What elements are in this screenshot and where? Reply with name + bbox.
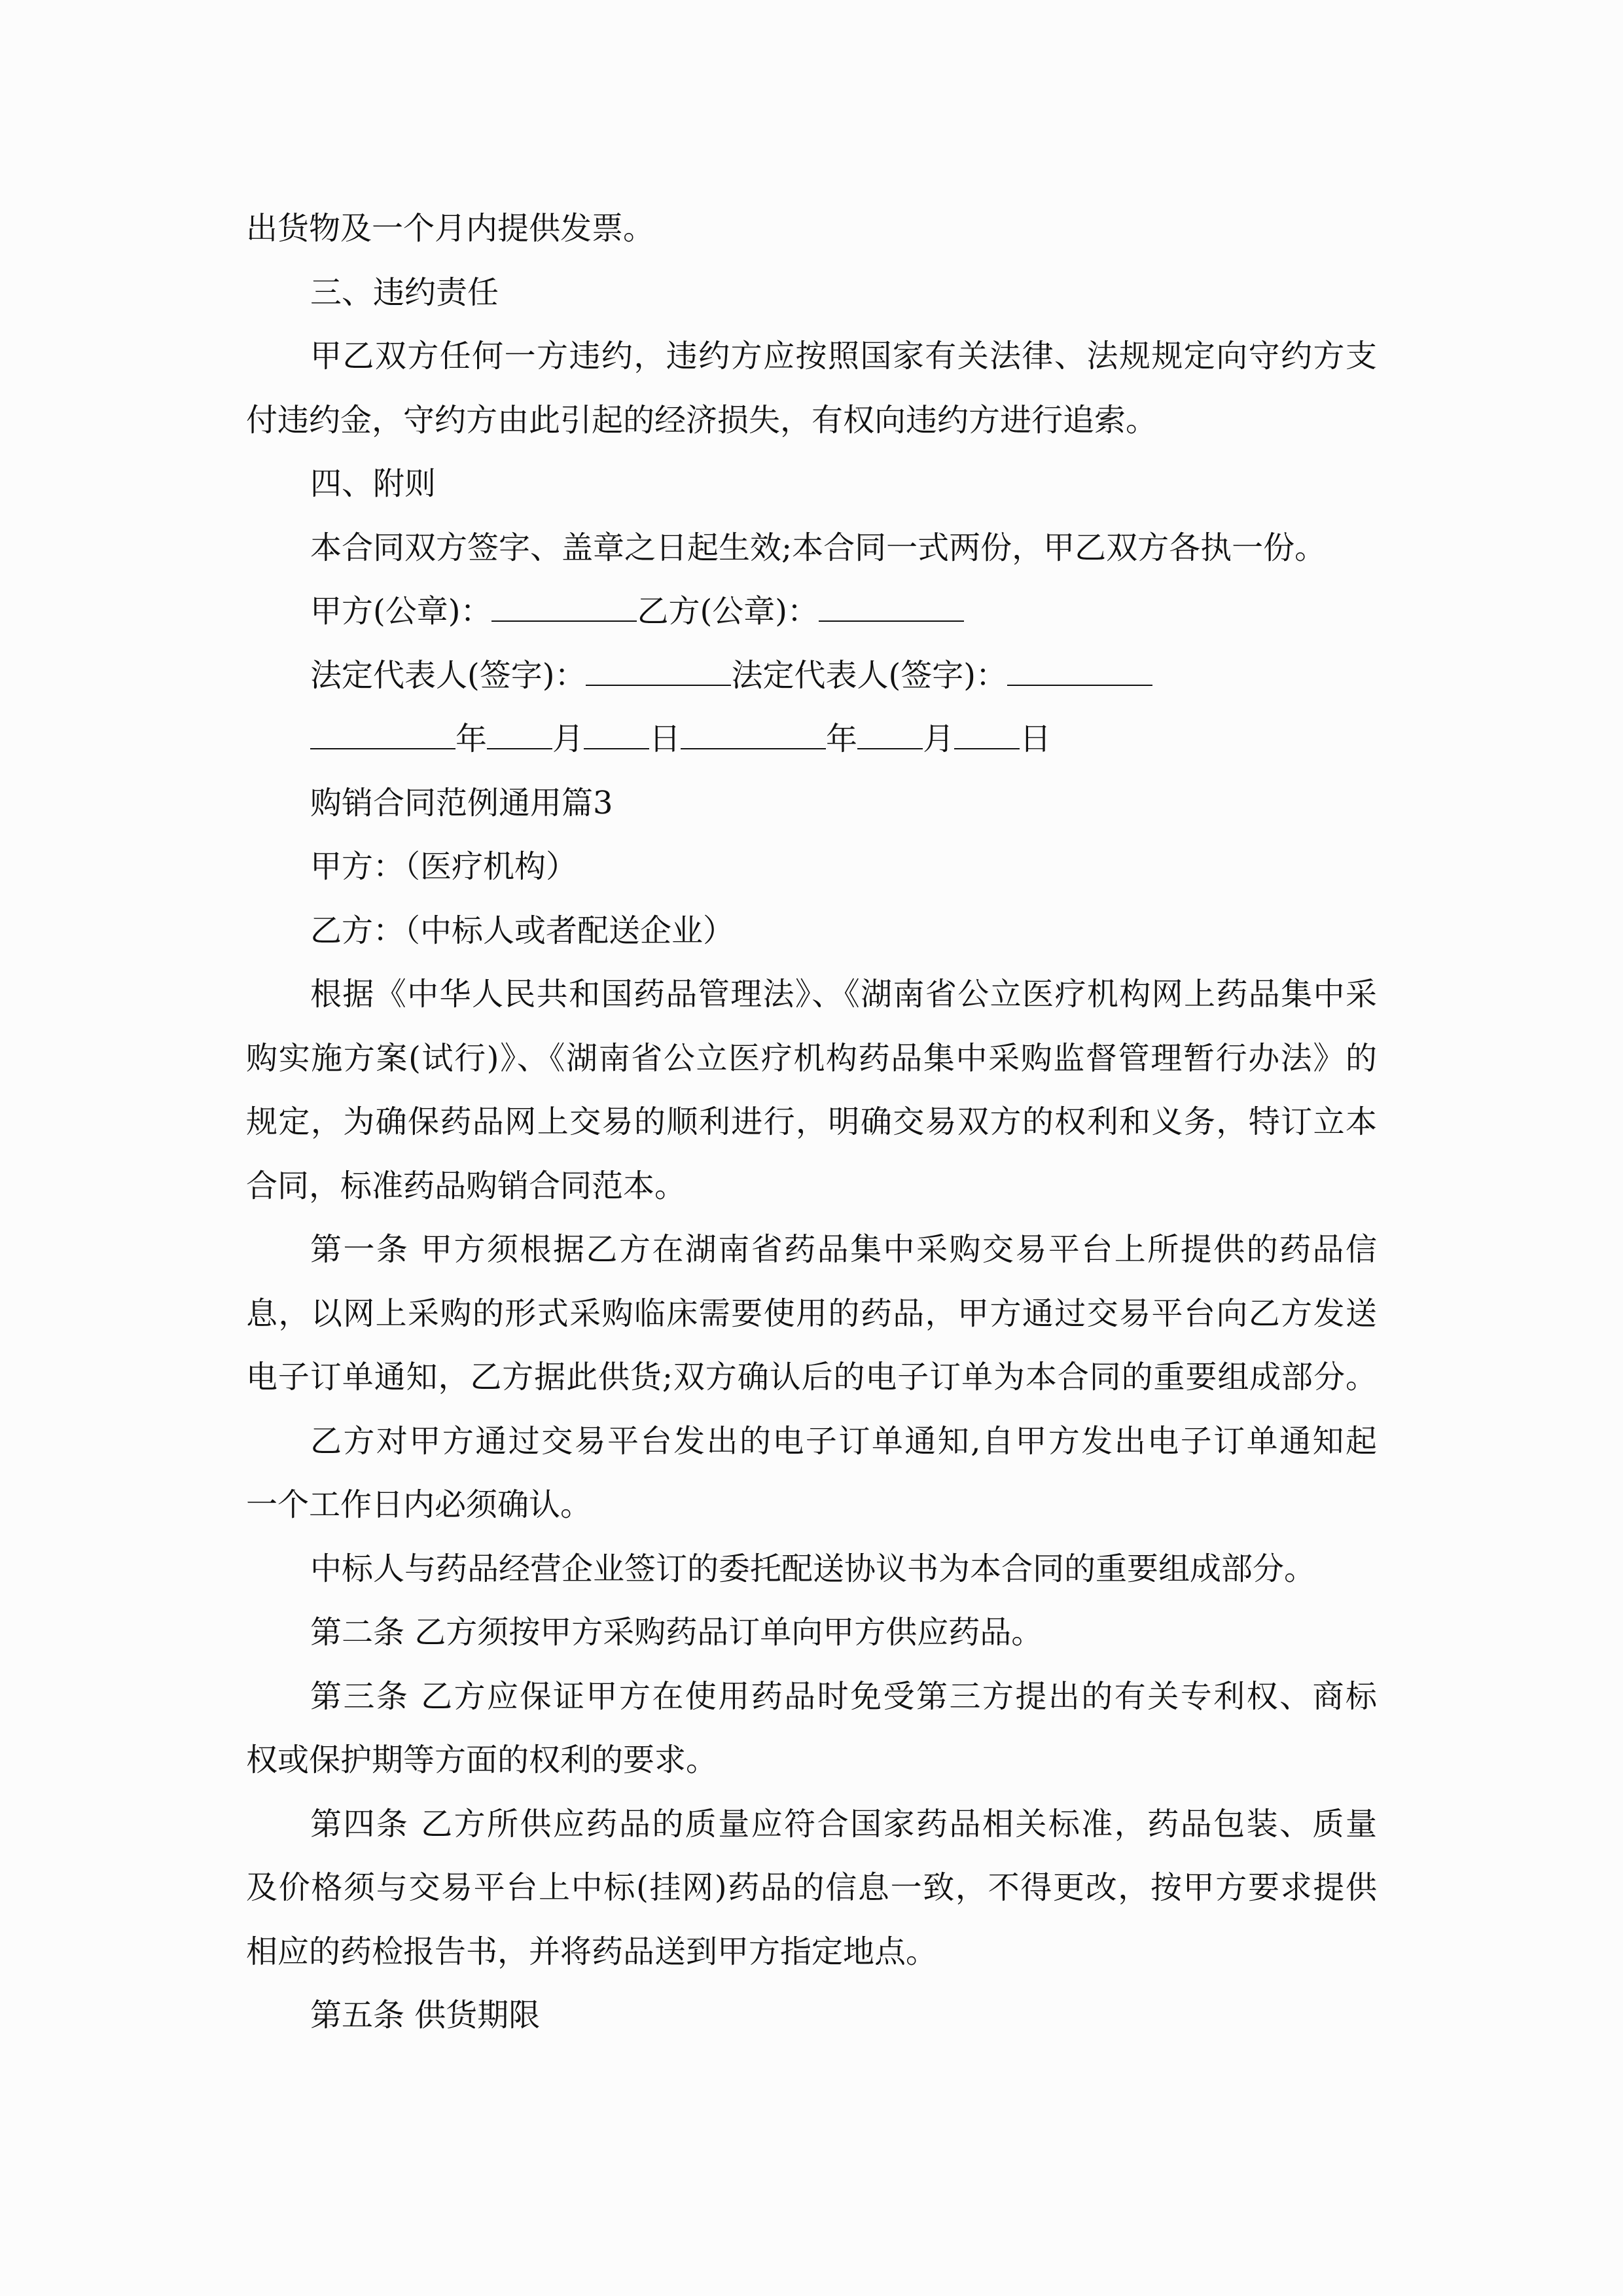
basis-paragraph-line: 合同，标准药品购销合同范本。 bbox=[246, 1155, 1377, 1219]
party-b-seal-label: 乙方(公章)： bbox=[637, 593, 818, 630]
representative-signature-row: 法定代表人(签字)：法定代表人(签字)： bbox=[246, 644, 1377, 708]
party-a-month-blank bbox=[487, 710, 552, 749]
year-label: 年 bbox=[826, 721, 857, 757]
article-2: 第二条 乙方须按甲方采购药品订单向甲方供应药品。 bbox=[246, 1601, 1377, 1665]
article-4-line: 相应的药检报告书，并将药品送到甲方指定地点。 bbox=[246, 1920, 1377, 1984]
article-1-line: 电子订单通知，乙方据此供货;双方确认后的电子订单为本合同的重要组成部分。 bbox=[246, 1346, 1377, 1410]
document-page: 出货物及一个月内提供发票。 三、违约责任 甲乙双方任何一方违约，违约方应按照国家… bbox=[0, 0, 1623, 2296]
month-label: 月 bbox=[923, 721, 954, 757]
section-heading-breach: 三、违约责任 bbox=[246, 261, 1377, 325]
basis-paragraph-line: 根据《中华人民共和国药品管理法》、《湖南省公立医疗机构网上药品集中采 bbox=[246, 963, 1377, 1027]
effect-clause: 本合同双方签字、盖章之日起生效;本合同一式两份，甲乙双方各执一份。 bbox=[246, 516, 1377, 581]
article-1-line: 息，以网上采购的形式采购临床需要使用的药品，甲方通过交易平台向乙方发送 bbox=[246, 1282, 1377, 1346]
party-a-year-blank bbox=[310, 710, 455, 749]
article-4-line: 及价格须与交易平台上中标(挂网)药品的信息一致，不得更改，按甲方要求提供 bbox=[246, 1856, 1377, 1920]
party-a-rep-blank bbox=[586, 647, 731, 686]
seal-signature-row: 甲方(公章)：乙方(公章)： bbox=[246, 580, 1377, 644]
party-a-seal-label: 甲方(公章)： bbox=[310, 593, 491, 630]
order-confirm-line: 乙方对甲方通过交易平台发出的电子订单通知,自甲方发出电子订单通知起 bbox=[246, 1410, 1377, 1474]
party-b-year-blank bbox=[681, 710, 826, 749]
party-b-seal-blank bbox=[819, 583, 964, 622]
basis-paragraph-line: 规定，为确保药品网上交易的顺利进行，明确交易双方的权利和义务，特订立本 bbox=[246, 1090, 1377, 1155]
delegation-clause: 中标人与药品经营企业签订的委托配送协议书为本合同的重要组成部分。 bbox=[246, 1537, 1377, 1602]
paragraph-continuation: 出货物及一个月内提供发票。 bbox=[246, 197, 1377, 261]
article-3-line: 权或保护期等方面的权利的要求。 bbox=[246, 1729, 1377, 1793]
article-4-line: 第四条 乙方所供应药品的质量应符合国家药品相关标准，药品包装、质量 bbox=[246, 1793, 1377, 1857]
party-a-line: 甲方：（医疗机构） bbox=[246, 835, 1377, 899]
order-confirm-line: 一个工作日内必须确认。 bbox=[246, 1473, 1377, 1537]
party-b-month-blank bbox=[857, 710, 923, 749]
party-a-rep-label: 法定代表人(签字)： bbox=[310, 657, 586, 694]
year-label: 年 bbox=[455, 721, 487, 757]
article-5-heading: 第五条 供货期限 bbox=[246, 1984, 1377, 2048]
section-heading-appendix: 四、附则 bbox=[246, 452, 1377, 516]
party-a-day-blank bbox=[584, 710, 649, 749]
party-b-line: 乙方：（中标人或者配送企业） bbox=[246, 899, 1377, 963]
party-b-rep-blank bbox=[1007, 647, 1152, 686]
day-label: 日 bbox=[649, 721, 681, 757]
breach-paragraph-line: 甲乙双方任何一方违约，违约方应按照国家有关法律、法规规定向守约方支 bbox=[246, 325, 1377, 389]
date-row: 年月日年月日 bbox=[246, 708, 1377, 772]
contract-title: 购销合同范例通用篇3 bbox=[246, 772, 1377, 836]
breach-paragraph-line: 付违约金，守约方由此引起的经济损失，有权向违约方进行追索。 bbox=[246, 389, 1377, 453]
party-b-day-blank bbox=[954, 710, 1020, 749]
article-3-line: 第三条 乙方应保证甲方在使用药品时免受第三方提出的有关专利权、商标 bbox=[246, 1665, 1377, 1729]
day-label: 日 bbox=[1020, 721, 1051, 757]
article-1-line: 第一条 甲方须根据乙方在湖南省药品集中采购交易平台上所提供的药品信 bbox=[246, 1218, 1377, 1282]
party-b-rep-label: 法定代表人(签字)： bbox=[731, 657, 1007, 694]
basis-paragraph-line: 购实施方案(试行)》、《湖南省公立医疗机构药品集中采购监督管理暂行办法》的 bbox=[246, 1027, 1377, 1091]
document-body: 出货物及一个月内提供发票。 三、违约责任 甲乙双方任何一方违约，违约方应按照国家… bbox=[246, 197, 1377, 2048]
party-a-seal-blank bbox=[491, 583, 637, 622]
month-label: 月 bbox=[552, 721, 584, 757]
